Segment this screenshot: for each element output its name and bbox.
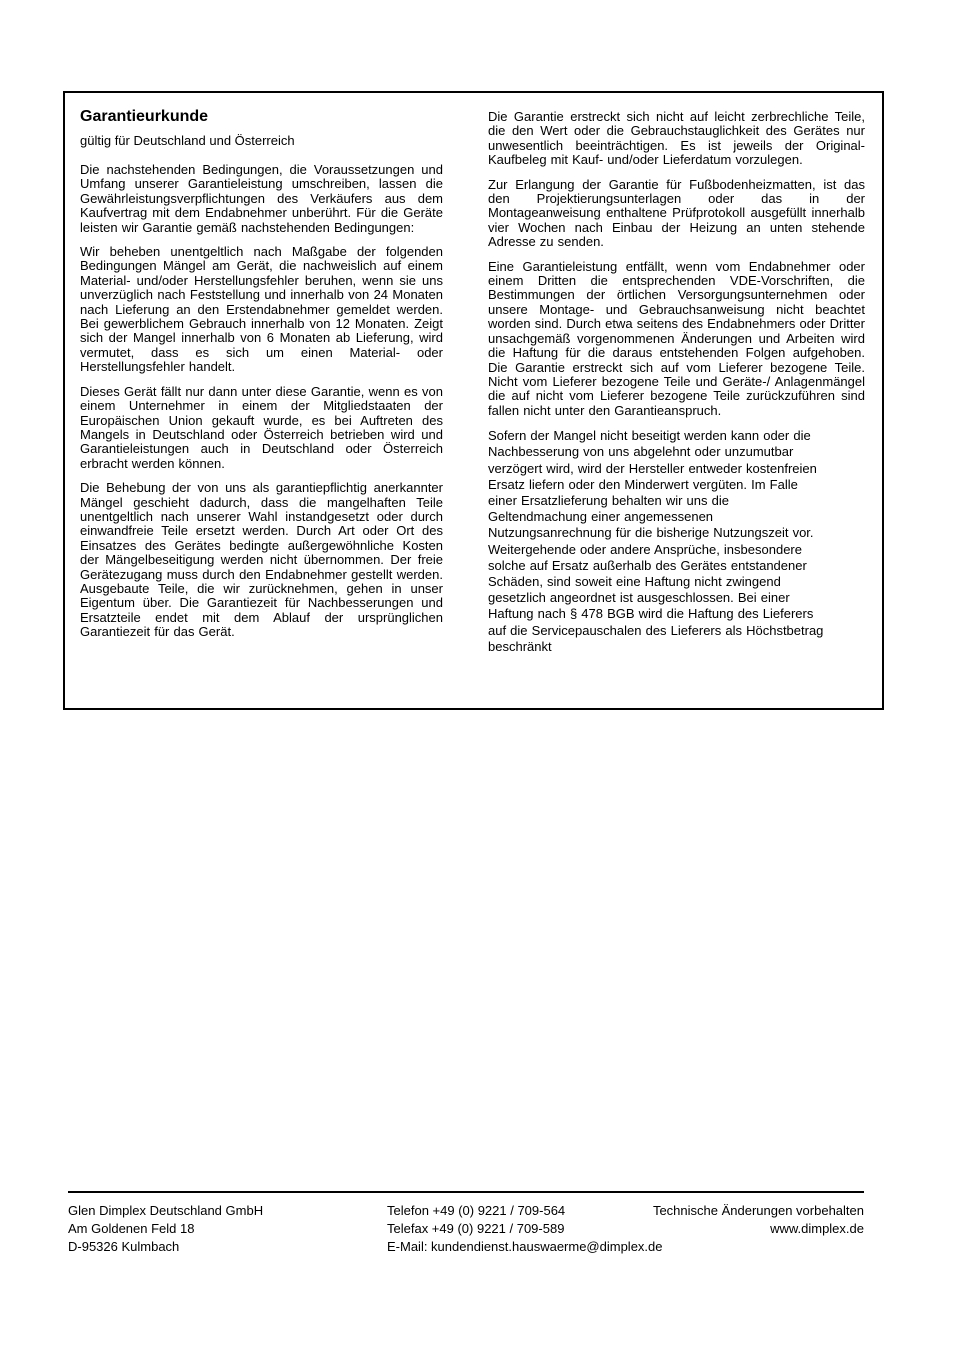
footer-columns: Glen Dimplex Deutschland GmbH Am Goldene… (68, 1202, 864, 1262)
left-paragraph-1: Die nachstehenden Bedingungen, die Vorau… (80, 163, 443, 235)
footer-divider (68, 1191, 864, 1193)
footer-email: E-Mail: kundendienst.hauswaerme@dimplex.… (387, 1238, 663, 1256)
footer-contact: Telefon +49 (0) 9221 / 709-564 Telefax +… (387, 1202, 663, 1256)
right-paragraph-3: Eine Garantieleistung entfällt, wenn vom… (488, 260, 865, 418)
footer-city: D-95326 Kulmbach (68, 1238, 263, 1256)
footer-phone: Telefon +49 (0) 9221 / 709-564 (387, 1202, 663, 1220)
footer-fax: Telefax +49 (0) 9221 / 709-589 (387, 1220, 663, 1238)
left-column: Garantieurkunde gültig für Deutschland u… (80, 107, 443, 708)
footer-company-address: Glen Dimplex Deutschland GmbH Am Goldene… (68, 1202, 263, 1256)
footer-disclaimer: Technische Änderungen vorbehalten (653, 1202, 864, 1220)
left-paragraph-3: Dieses Gerät fällt nur dann unter diese … (80, 385, 443, 471)
left-paragraph-4: Die Behebung der von uns als garantiepfl… (80, 481, 443, 639)
certificate-subtitle: gültig für Deutschland und Österreich (80, 133, 443, 148)
certificate-title: Garantieurkunde (80, 107, 443, 126)
left-paragraph-2: Wir beheben unentgeltlich nach Maßgabe d… (80, 245, 443, 375)
warranty-certificate-box: Garantieurkunde gültig für Deutschland u… (63, 91, 884, 710)
right-paragraph-1: Die Garantie erstreckt sich nicht auf le… (488, 110, 865, 168)
right-column: Die Garantie erstreckt sich nicht auf le… (488, 107, 865, 708)
right-paragraph-4: Sofern der Mangel nicht beseitigt werden… (488, 428, 865, 655)
footer-website: www.dimplex.de (653, 1220, 864, 1238)
page-footer: Glen Dimplex Deutschland GmbH Am Goldene… (68, 1191, 864, 1262)
footer-company-name: Glen Dimplex Deutschland GmbH (68, 1202, 263, 1220)
footer-street: Am Goldenen Feld 18 (68, 1220, 263, 1238)
right-paragraph-2: Zur Erlangung der Garantie für Fußbodenh… (488, 178, 865, 250)
footer-notes: Technische Änderungen vorbehalten www.di… (653, 1202, 864, 1238)
